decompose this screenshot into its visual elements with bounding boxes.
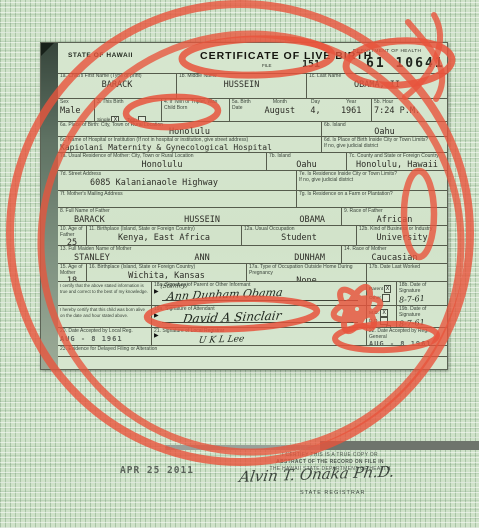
local-reg-date-stamp: AUG - 8 1961 xyxy=(60,335,149,343)
field-11-value: Kenya, East Africa xyxy=(89,233,239,243)
row-registrar: 20. Date Accepted by Local Reg. AUG - 8 … xyxy=(58,328,447,346)
file-number-stamp: 61 10641 xyxy=(366,56,445,71)
checkbox-other-informant: Other xyxy=(369,294,391,302)
row-parent-signature: I certify that the above stated informat… xyxy=(58,282,447,306)
field-19a-boxes: M.D.X D.O. Midwife xyxy=(366,306,396,327)
field-this-birth: 3. This Birth SingleX Twin Triplet xyxy=(94,99,161,121)
checkbox-twin: Twin xyxy=(127,116,146,121)
field-22: 22. Date Accepted by Reg. General AUG - … xyxy=(366,328,447,345)
row-hospital: 6c. Name of Hospital or Institution (If … xyxy=(58,137,447,153)
checkbox-midwife: Midwife xyxy=(369,325,391,327)
field-1b-value: HUSSEIN xyxy=(179,80,304,90)
birth-month: August xyxy=(262,106,298,116)
row-place-of-birth: 6a. Place of Birth: City, Town or Rural … xyxy=(58,122,447,137)
field-17a-value: None xyxy=(249,276,364,281)
field-7b: 7b. Island Oahu xyxy=(266,153,346,170)
field-18a: 18a. Signature of Parent or Other Inform… xyxy=(151,282,366,305)
birth-day: 4, xyxy=(298,106,334,116)
field-7a: 7a. Usual Residence of Mother: City, Tow… xyxy=(58,153,266,170)
row-evidence: 23. Evidence for Delayed Filing or Alter… xyxy=(58,346,447,357)
field-8-value: BARACKHUSSEINOBAMA xyxy=(60,215,339,225)
hour-value: 7:24 P.M. xyxy=(374,106,445,116)
field-10: 10. Age of Father 25 xyxy=(58,226,86,245)
scan-border-bar-dark xyxy=(320,441,479,450)
state-name: STATE OF HAWAII xyxy=(68,52,133,59)
field-1c-value: OBAMA, II xyxy=(309,80,445,90)
field-7d-value: 6085 Kalanianaole Highway xyxy=(60,178,294,188)
field-7f: 7f. Mother's Mailing Address xyxy=(58,191,296,207)
row-residence: 7a. Usual Residence of Mother: City, Tow… xyxy=(58,153,447,171)
field-13: 13. Full Maiden Name of Mother STANLEYAN… xyxy=(58,246,341,263)
arrow-marker: ▶ xyxy=(154,312,159,319)
checkbox-single: SingleX xyxy=(97,116,119,121)
scanned-birth-certificate: STATE OF HAWAII CERTIFICATE OF LIVE BIRT… xyxy=(0,0,479,528)
field-12a-value: Student xyxy=(244,233,354,243)
field-16-value: Wichita, Kansas xyxy=(89,271,244,281)
field-9-value: African xyxy=(344,215,445,225)
row-attendant-signature: I hereby certify that this child was bor… xyxy=(58,306,447,328)
field-9: 9. Race of Father African xyxy=(341,208,447,225)
field-7a-value: Honolulu xyxy=(60,160,264,170)
arrow-marker: ▶ xyxy=(154,332,159,339)
row-child-name: 1a. Child's First Name (Type or print) B… xyxy=(58,73,447,99)
field-20: 20. Date Accepted by Local Reg. AUG - 8 … xyxy=(58,328,151,345)
local-registrar-signature: U K L Lee xyxy=(198,334,245,345)
field-6c-value: Kapiolani Maternity & Gynecological Hosp… xyxy=(60,143,319,153)
checkbox-1st: 1st xyxy=(164,121,179,122)
parent-certification-text: I certify that the above stated informat… xyxy=(58,282,151,305)
field-12b-value: University xyxy=(359,233,445,243)
field-7g: 7g. Is Residence on a Farm or Plantation… xyxy=(296,191,447,207)
certify-line-1: I CERTIFY THIS IS A TRUE COPY OR xyxy=(230,452,430,458)
field-15-value: 18 xyxy=(60,276,84,281)
field-21: 21. Signature of Local Registrar ▶ U K L… xyxy=(151,328,366,345)
sex-value: Male xyxy=(60,106,92,116)
field-17b: 17b. Date Last Worked xyxy=(366,264,447,281)
field-13-value: STANLEYANNDUNHAM xyxy=(60,253,339,263)
field-1a-value: BARACK xyxy=(60,80,174,90)
field-7b-value: Oahu xyxy=(269,160,344,170)
field-7c: 7c. County and State or Foreign Country … xyxy=(346,153,447,170)
field-birth-date: 5a. Birth Date MonthAugust Day4, Year196… xyxy=(229,99,371,121)
field-7e: 7e. Is Residence Inside City or Town Lim… xyxy=(296,171,447,190)
field-8: 8. Full Name of Father BARACKHUSSEINOBAM… xyxy=(58,208,341,225)
field-hour: 5b. Hour 7:24 P.M. xyxy=(371,99,447,121)
field-1b: 1b. Middle Name HUSSEIN xyxy=(176,73,306,98)
arrow-marker: ▶ xyxy=(154,288,159,295)
form-header: STATE OF HAWAII CERTIFICATE OF LIVE BIRT… xyxy=(58,43,447,74)
field-14: 14. Race of Mother Caucasian xyxy=(341,246,447,263)
state-registrar-title: STATE REGISTRAR xyxy=(300,490,366,496)
checkbox-do: D.O. xyxy=(369,317,391,325)
field-7d: 7d. Street Address 6085 Kalanianaole Hig… xyxy=(58,171,296,190)
binding-strip xyxy=(41,43,58,369)
field-10-value: 25 xyxy=(60,238,84,245)
form-title: CERTIFICATE OF LIVE BIRTH xyxy=(200,50,372,62)
field-twin-order: 4. If Twin or Triplet, Was Child Born 1s… xyxy=(161,99,229,121)
field-19b: 19b. Date of Signature 8-7-61 xyxy=(396,306,447,327)
field-11: 11. Birthplace (Island, State or Foreign… xyxy=(86,226,241,245)
field-12b: 12b. Kind of Business or Industry Univer… xyxy=(356,226,447,245)
field-1c: 1c. Last Name OBAMA, II xyxy=(306,73,447,98)
field-6c: 6c. Name of Hospital or Institution (If … xyxy=(58,137,321,152)
row-mother-details: 15. Age of Mother 18 16. Birthplace (Isl… xyxy=(58,264,447,282)
checkbox-parent: ParentX xyxy=(369,285,391,293)
row-father-name: 8. Full Name of Father BARACKHUSSEINOBAM… xyxy=(58,208,447,226)
corner-shadow xyxy=(41,43,54,56)
field-18a-boxes: ParentX Other xyxy=(366,282,396,305)
attendant-certification-text: I hereby certify that this child was bor… xyxy=(58,306,151,327)
field-1a: 1a. Child's First Name (Type or print) B… xyxy=(58,73,176,98)
checkbox-md: M.D.X xyxy=(369,309,391,317)
checkbox-2nd: 2nd xyxy=(187,121,204,122)
field-6b: 6b. Island Oahu xyxy=(321,122,447,136)
attendant-signature: David A Sinclair xyxy=(182,308,282,326)
row-mailing-address: 7f. Mother's Mailing Address 7g. Is Resi… xyxy=(58,191,447,208)
field-17a: 17a. Type of Occupation Outside Home Dur… xyxy=(246,264,366,281)
field-18b-value: 8-7-61 xyxy=(399,292,446,304)
file-label: FILE xyxy=(262,63,272,68)
field-15: 15. Age of Mother 18 xyxy=(58,264,86,281)
date-stamp-2011: APR 25 2011 xyxy=(120,465,194,476)
field-14-value: Caucasian xyxy=(344,253,445,263)
reg-general-date-stamp: AUG - 8 1961 xyxy=(369,340,445,345)
department-name: DEPARTMENT OF HEALTH xyxy=(353,49,421,54)
birth-year: 1961 xyxy=(333,106,369,116)
row-birth-details: Sex Male 3. This Birth SingleX Twin Trip… xyxy=(58,99,447,122)
row-street-address: 7d. Street Address 6085 Kalanianaole Hig… xyxy=(58,171,447,191)
certificate-paper: STATE OF HAWAII CERTIFICATE OF LIVE BIRT… xyxy=(40,42,448,370)
field-16: 16. Birthplace (Island, State or Foreign… xyxy=(86,264,246,281)
field-19a: 19a. Signature of Attendant ▶ David A Si… xyxy=(151,306,366,327)
field-sex: Sex Male xyxy=(58,99,94,121)
field-12a: 12a. Usual Occupation Student xyxy=(241,226,356,245)
field-6d: 6d. Is Place of Birth Inside City or Tow… xyxy=(321,137,447,152)
file-number: 151 xyxy=(302,59,320,70)
field-6a: 6a. Place of Birth: City, Town or Rural … xyxy=(58,122,321,136)
field-18b: 18b. Date of Signature 8-7-61 xyxy=(396,282,447,305)
field-7c-value: Honolulu, Hawaii xyxy=(349,160,445,170)
row-father-details: 10. Age of Father 25 11. Birthplace (Isl… xyxy=(58,226,447,246)
row-mother-name: 13. Full Maiden Name of Mother STANLEYAN… xyxy=(58,246,447,264)
field-23: 23. Evidence for Delayed Filing or Alter… xyxy=(58,346,447,356)
